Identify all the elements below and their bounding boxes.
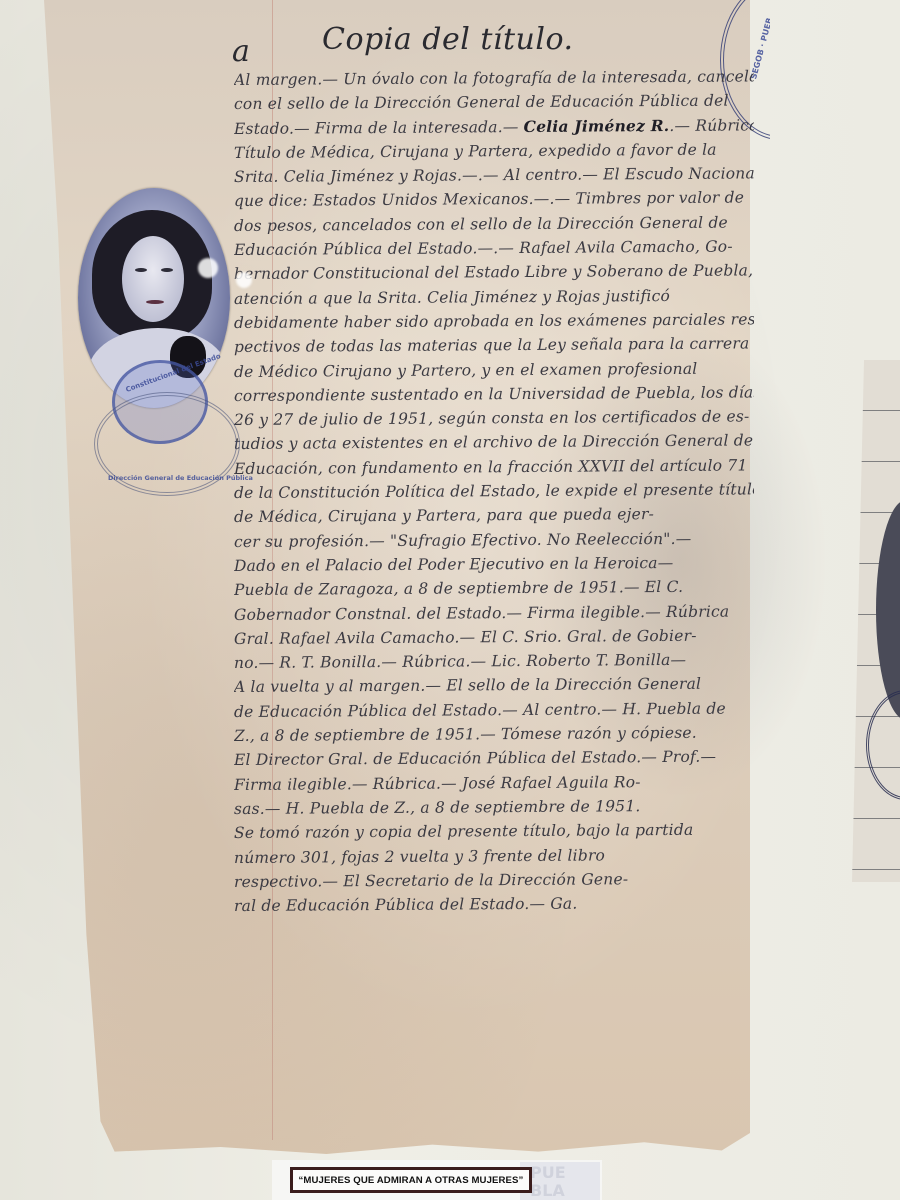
document-line: de Médica, Cirujana y Partera, para que … <box>234 502 754 530</box>
document-title: Copia del título. <box>322 22 574 57</box>
document-line: Gobernador Constnal. del Estado.— Firma … <box>234 599 754 627</box>
document-line: que dice: Estados Unidos Mexicanos.—.— T… <box>234 186 754 214</box>
handwritten-body: Al margen.— Un óvalo con la fotografía d… <box>234 68 754 918</box>
photo-mouth <box>146 300 164 304</box>
document-line: A la vuelta y al margen.— El sello de la… <box>234 672 754 700</box>
document-line: Educación, con fundamento en la fracción… <box>234 453 754 481</box>
document-line: de Educación Pública del Estado.— Al cen… <box>234 696 754 724</box>
document-line: bernador Constitucional del Estado Libre… <box>234 259 754 287</box>
education-seal: Dirección General de Educación Pública <box>94 392 240 496</box>
document-line: El Director Gral. de Educación Pública d… <box>234 745 754 773</box>
document-prefix: a <box>232 34 250 69</box>
exhibit-caption: “MUJERES QUE ADMIRAN A OTRAS MUJERES” <box>290 1167 532 1193</box>
document-line: respectivo.— El Secretario de la Direcci… <box>234 866 754 894</box>
photo-face <box>122 236 184 322</box>
document-line: ral de Educación Pública del Estado.— Ga… <box>234 890 754 918</box>
glare-spot <box>198 258 218 278</box>
document-line: con el sello de la Dirección General de … <box>234 89 754 117</box>
document-line: Puebla de Zaragoza, a 8 de septiembre de… <box>234 575 754 603</box>
signature: Celia Jiménez R. <box>524 116 670 136</box>
photo-eye <box>161 268 173 272</box>
glare-spot <box>236 272 252 288</box>
document-line: cer su profesión.— "Sufragio Efectivo. N… <box>234 526 754 554</box>
document-line: Firma ilegible.— Rúbrica.— José Rafael A… <box>234 769 754 797</box>
document-line: Se tomó razón y copia del presente títul… <box>234 818 754 846</box>
document-line: pectivos de todas las materias que la Le… <box>234 332 754 360</box>
document-line: atención a que la Srita. Celia Jiménez y… <box>234 283 754 311</box>
caption-text: “MUJERES QUE ADMIRAN A OTRAS MUJERES” <box>299 1175 524 1186</box>
seal-text: Dirección General de Educación Pública <box>108 474 253 482</box>
document-header: a Copia del título. <box>232 14 652 70</box>
museum-logo: PUE BLA <box>520 1162 600 1200</box>
document-line: dos pesos, cancelados con el sello de la… <box>234 210 754 238</box>
document-line: número 301, fojas 2 vuelta y 3 frente de… <box>234 842 754 870</box>
photo-eye <box>135 268 147 272</box>
document-line: de Médico Cirujano y Partero, y en el ex… <box>234 356 754 384</box>
document-line: tudios y acta existentes en el archivo d… <box>234 429 754 457</box>
document-line: Estado.— Firma de la interesada.— Celia … <box>234 113 754 141</box>
